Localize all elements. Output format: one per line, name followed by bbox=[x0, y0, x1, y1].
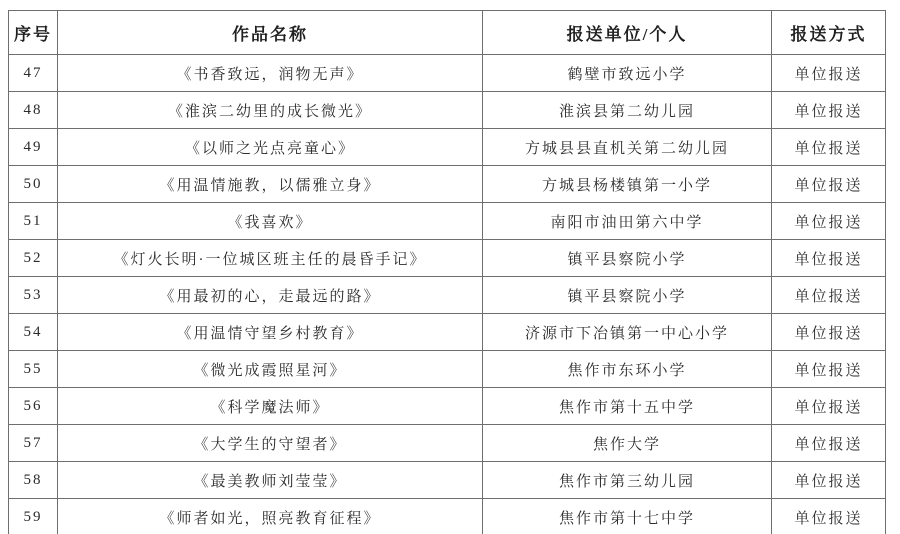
cell-title: 《大学生的守望者》 bbox=[58, 425, 483, 462]
cell-title: 《淮滨二幼里的成长微光》 bbox=[58, 92, 483, 129]
cell-method: 单位报送 bbox=[772, 425, 886, 462]
cell-unit: 焦作市第十七中学 bbox=[483, 499, 772, 534]
table-row: 53《用最初的心，走最远的路》镇平县察院小学单位报送 bbox=[9, 277, 886, 314]
cell-method: 单位报送 bbox=[772, 388, 886, 425]
table-row: 51《我喜欢》南阳市油田第六中学单位报送 bbox=[9, 203, 886, 240]
cell-index: 56 bbox=[9, 388, 58, 425]
table-row: 49《以师之光点亮童心》方城县县直机关第二幼儿园单位报送 bbox=[9, 129, 886, 166]
cell-index: 54 bbox=[9, 314, 58, 351]
cell-method: 单位报送 bbox=[772, 92, 886, 129]
cell-title: 《用温情施教，以儒雅立身》 bbox=[58, 166, 483, 203]
cell-title: 《书香致远，润物无声》 bbox=[58, 55, 483, 92]
cell-unit: 焦作大学 bbox=[483, 425, 772, 462]
table-body: 47《书香致远，润物无声》鹤壁市致远小学单位报送48《淮滨二幼里的成长微光》淮滨… bbox=[9, 55, 886, 534]
cell-index: 57 bbox=[9, 425, 58, 462]
cell-method: 单位报送 bbox=[772, 166, 886, 203]
cell-method: 单位报送 bbox=[772, 499, 886, 534]
column-header-method: 报送方式 bbox=[772, 11, 886, 55]
table-row: 48《淮滨二幼里的成长微光》淮滨县第二幼儿园单位报送 bbox=[9, 92, 886, 129]
cell-index: 53 bbox=[9, 277, 58, 314]
table-row: 58《最美教师刘莹莹》焦作市第三幼儿园单位报送 bbox=[9, 462, 886, 499]
cell-unit: 焦作市东环小学 bbox=[483, 351, 772, 388]
cell-method: 单位报送 bbox=[772, 240, 886, 277]
cell-unit: 镇平县察院小学 bbox=[483, 277, 772, 314]
column-header-title: 作品名称 bbox=[58, 11, 483, 55]
cell-title: 《微光成霞照星河》 bbox=[58, 351, 483, 388]
table-row: 56《科学魔法师》焦作市第十五中学单位报送 bbox=[9, 388, 886, 425]
cell-index: 47 bbox=[9, 55, 58, 92]
cell-method: 单位报送 bbox=[772, 203, 886, 240]
cell-unit: 镇平县察院小学 bbox=[483, 240, 772, 277]
cell-unit: 南阳市油田第六中学 bbox=[483, 203, 772, 240]
header-row: 序号 作品名称 报送单位/个人 报送方式 bbox=[9, 11, 886, 55]
cell-unit: 鹤壁市致远小学 bbox=[483, 55, 772, 92]
cell-unit: 淮滨县第二幼儿园 bbox=[483, 92, 772, 129]
cell-unit: 焦作市第三幼儿园 bbox=[483, 462, 772, 499]
cell-method: 单位报送 bbox=[772, 351, 886, 388]
cell-title: 《以师之光点亮童心》 bbox=[58, 129, 483, 166]
table-row: 52《灯火长明·一位城区班主任的晨昏手记》镇平县察院小学单位报送 bbox=[9, 240, 886, 277]
table-row: 59《师者如光，照亮教育征程》焦作市第十七中学单位报送 bbox=[9, 499, 886, 534]
cell-unit: 方城县杨楼镇第一小学 bbox=[483, 166, 772, 203]
cell-index: 52 bbox=[9, 240, 58, 277]
cell-title: 《我喜欢》 bbox=[58, 203, 483, 240]
cell-method: 单位报送 bbox=[772, 129, 886, 166]
column-header-unit: 报送单位/个人 bbox=[483, 11, 772, 55]
cell-title: 《用温情守望乡村教育》 bbox=[58, 314, 483, 351]
cell-index: 58 bbox=[9, 462, 58, 499]
cell-unit: 济源市下冶镇第一中心小学 bbox=[483, 314, 772, 351]
cell-title: 《师者如光，照亮教育征程》 bbox=[58, 499, 483, 534]
cell-index: 59 bbox=[9, 499, 58, 534]
cell-title: 《用最初的心，走最远的路》 bbox=[58, 277, 483, 314]
cell-method: 单位报送 bbox=[772, 462, 886, 499]
cell-index: 50 bbox=[9, 166, 58, 203]
submission-table-container: 序号 作品名称 报送单位/个人 报送方式 47《书香致远，润物无声》鹤壁市致远小… bbox=[8, 10, 886, 534]
cell-index: 55 bbox=[9, 351, 58, 388]
cell-index: 48 bbox=[9, 92, 58, 129]
table-row: 47《书香致远，润物无声》鹤壁市致远小学单位报送 bbox=[9, 55, 886, 92]
cell-index: 49 bbox=[9, 129, 58, 166]
table-row: 57《大学生的守望者》焦作大学单位报送 bbox=[9, 425, 886, 462]
cell-method: 单位报送 bbox=[772, 277, 886, 314]
cell-method: 单位报送 bbox=[772, 314, 886, 351]
cell-method: 单位报送 bbox=[772, 55, 886, 92]
table-row: 50《用温情施教，以儒雅立身》方城县杨楼镇第一小学单位报送 bbox=[9, 166, 886, 203]
table-row: 55《微光成霞照星河》焦作市东环小学单位报送 bbox=[9, 351, 886, 388]
cell-title: 《最美教师刘莹莹》 bbox=[58, 462, 483, 499]
cell-index: 51 bbox=[9, 203, 58, 240]
cell-unit: 焦作市第十五中学 bbox=[483, 388, 772, 425]
cell-unit: 方城县县直机关第二幼儿园 bbox=[483, 129, 772, 166]
cell-title: 《灯火长明·一位城区班主任的晨昏手记》 bbox=[58, 240, 483, 277]
table-row: 54《用温情守望乡村教育》济源市下冶镇第一中心小学单位报送 bbox=[9, 314, 886, 351]
submission-table: 序号 作品名称 报送单位/个人 报送方式 47《书香致远，润物无声》鹤壁市致远小… bbox=[8, 10, 886, 534]
cell-title: 《科学魔法师》 bbox=[58, 388, 483, 425]
column-header-index: 序号 bbox=[9, 11, 58, 55]
